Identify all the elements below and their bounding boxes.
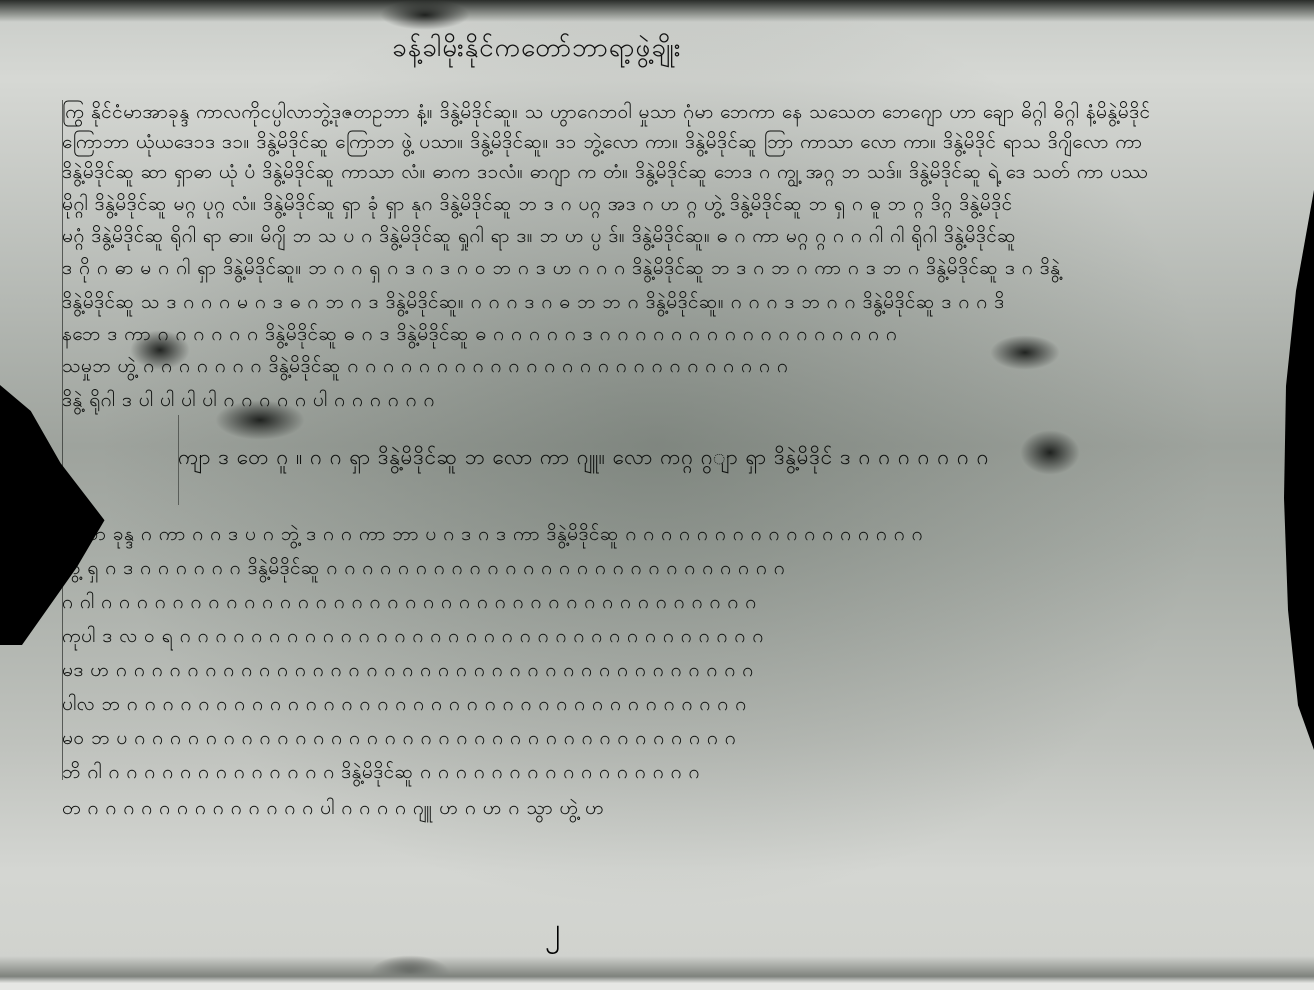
text-line: ကြောဘာ ယုံယဒေ၁ဒ ဒ၁။ ဒိနွဲ့မိဒိုင်ဆူ ကြော… <box>62 130 1302 158</box>
text-line: သမှုဘ ဟွဲ့ ဂ ဂ ဂ ဂ ဂ ဂ ဂ ဒိနွဲ့မိဒိုင်ဆူ… <box>62 354 1302 382</box>
text-line: ဒိနွဲ့မိဒိုင်ဆူ ဆာ ရှာဓာ ယုံ ပံ ဒိနွဲ့မိ… <box>62 160 1302 188</box>
text-line: ဘိ ဂါ ဂ ဂ ဂ ဂ ဂ ဂ ဂ ဂ ဂ ဂ ဂ ဂ ဂ ဒိနွဲ့မိ… <box>62 760 1302 788</box>
page-number: ၂ <box>545 908 561 956</box>
text-line: ကုပါ ဒ လ ဝ ရ ဂ ဂ ဂ ဂ ဂ ဂ ဂ ဂ ဂ ဂ ဂ ဂ ဂ ဂ… <box>62 624 1302 652</box>
text-line: ဒိနွဲ့ ရိုဂါ ဒ ပါ ပါ ပါ ပါ ဂ ဂ ဂ ဂ ဂ ပါ … <box>62 388 762 416</box>
text-line: ဒ ဂို ဂ ဓာ မ ဂ ဂါ ရှာ ဒိနွဲ့မိဒိုင်ဆူ။ ဘ… <box>62 256 1302 284</box>
manuscript-page: ခန့်ခါမိုးနိုင်ကတော်ဘာရာ့ဖွဲ့ချိုး ကြွ န… <box>0 0 1314 990</box>
text-line: ပါလ ဘ ဂ ဂ ဂ ဂ ဂ ဂ ဂ ဂ ဂ ဂ ဂ ဂ ဂ ဂ ဂ ဂ ဂ … <box>62 692 1302 720</box>
text-line: ကြွ နိုင်ငံမာအာခုန္ဒ ကာလကိုငပ္ပါလာဘွဲ့ဒု… <box>62 100 1302 128</box>
text-line: မဝ ဘ ပ ဂ ဂ ဂ ဂ ဂ ဂ ဂ ဂ ဂ ဂ ဂ ဂ ဂ ဂ ဂ ဂ ဂ… <box>62 726 1302 754</box>
ink-smudge <box>130 330 190 370</box>
text-line: ဘွဲ့ ရှ ဂ ဒ ဂ ဂ ဂ ဂ ဂ ဂ ဒိနွဲ့မိဒိုင်ဆူ … <box>62 556 1302 584</box>
ink-smudge <box>1020 430 1080 475</box>
text-line: မဒ ဟ ဂ ဂ ဂ ဂ ဂ ဂ ဂ ဂ ဂ ဂ ဂ ဂ ဂ ဂ ဂ ဂ ဂ ဂ… <box>62 658 1302 686</box>
manuscript-title: ခန့်ခါမိုးနိုင်ကတော်ဘာရာ့ဖွဲ့ချိုး <box>392 30 681 69</box>
text-line: မိုဂ္ဂါ ဒိနွဲ့မိဒိုင်ဆူ မဂ္ဂ ပုဂ္ဂ လံ။ ဒ… <box>62 192 1302 220</box>
text-line: ဓ ဘာ ခုန္ဒ ဂ ကာ ဂ ဂ ဒ ပ ဂ ဘွဲ့ ဒ ဂ ဂ ကာ … <box>62 522 1302 550</box>
text-line: ဂ ဂါ ဂ ဂ ဂ ဂ ဂ ဂ ဂ ဂ ဂ ဂ ဂ ဂ ဂ ဂ ဂ ဂ ဂ ဂ… <box>62 590 1302 618</box>
ink-smudge <box>380 0 470 30</box>
ink-smudge <box>990 335 1060 370</box>
indented-line: ကျာ ဒ တေ ဂူ ။ ဂ ဂ ရှာ ဒိနွဲ့မိဒိုင်ဆူ ဘ … <box>178 444 1248 475</box>
text-line: ဒိနွဲ့မိဒိုင်ဆူ သ ဒ ဂ ဂ ဂ မ ဂ ဒ ဓ ဂ ဘ ဂ … <box>62 290 1302 318</box>
top-edge-shadow <box>0 0 1314 22</box>
bottom-edge-shadow <box>0 956 1314 990</box>
text-line: နဘေ ဒ ကာ ဂ ဂ ဂ ဂ ဂ ဂ ဒိနွဲ့မိဒိုင်ဆူ ဓ ဂ… <box>62 322 1302 350</box>
text-line: မဂ္ဂံ ဒိနွဲ့မိဒိုင်ဆူ ရိုဂါ ရာ ဓာ။ မိဂျိ… <box>62 224 1302 252</box>
ink-smudge <box>215 400 305 440</box>
text-line: တ ဂ ဂ ဂ ဂ ဂ ဂ ဂ ဂ ဂ ဂ ဂ ဂ ဂ ပါ ဂ ဂ ဂ ဂ ဂ… <box>62 796 1122 824</box>
